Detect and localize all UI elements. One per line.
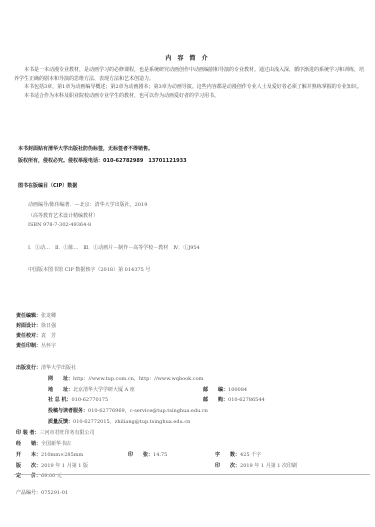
- sheets-label: 印 张：: [128, 452, 153, 458]
- credit-value: 丛怀宇: [41, 343, 56, 349]
- cip-record-number: 中国版本图书馆 CIP 数据核字（2018）第 014375 号: [28, 266, 150, 273]
- product-number-value: 075291-01: [41, 490, 68, 496]
- mail-order-row: 邮 购：010-62786544: [203, 386, 265, 405]
- mail-order-value: 010-62786544: [228, 397, 265, 403]
- cip-isbn: ISBN 978-7-302-49364-8: [28, 222, 91, 228]
- impression-value: 2019 年 1 月第 1 次印刷: [240, 463, 297, 469]
- product-number-label: 产品编号：: [16, 490, 41, 496]
- sheets-value: 14.75: [153, 452, 167, 458]
- intro-paragraph: 本书适合作为本科及职业院校动画专业学生的教材，也可以作为动画爱好者的学习用书。: [14, 92, 364, 101]
- content-intro-title: 内 容 简 介: [0, 53, 375, 62]
- credit-printing: 责任印制：丛怀宇: [16, 332, 56, 351]
- credit-label: 责任印制：: [16, 343, 41, 349]
- divider: [14, 474, 370, 475]
- impression-row: 印 次：2019 年 1 月第 1 次印刷: [215, 452, 297, 471]
- product-number-row: 产品编号：075291-01: [16, 479, 68, 498]
- content-intro-body: 本书是一本动漫专业教材，是动画学习的必修课程，也是系统研究动画创作中动画编剧和导…: [14, 66, 364, 100]
- intro-paragraph: 本书包括3章，第1章为动画编导概述；第2章为动画剧本；第3章为动画导演。这些内容…: [14, 83, 364, 92]
- cip-heading: 图书在版编目（CIP）数据: [18, 182, 77, 189]
- impression-label: 印 次：: [215, 463, 240, 469]
- cip-line: （高等教育艺术设计精编教材）: [28, 212, 98, 219]
- copyright-notice: 版权所有，侵权必究。侵权举报电话：010-62782989 1370112193…: [18, 157, 187, 164]
- anti-counterfeit-notice: 本书封面贴有清华大学出版社防伪标签，无标签者不得销售。: [18, 145, 153, 152]
- cip-classification: Ⅰ．①动… Ⅱ．①陈… Ⅲ．①动画片－制作－高等学校－教材 Ⅳ．①J954: [28, 244, 200, 251]
- intro-paragraph: 本书是一本动漫专业教材，是动画学习的必修课程，也是系统研究动画创作中动画编剧和导…: [14, 66, 364, 83]
- cip-line: 动画编导/陈伟编著．—北京：清华大学出版社，2019: [28, 201, 147, 208]
- publisher-label: 出版发行：: [16, 365, 41, 371]
- sheets-row: 印 张：14.75: [128, 441, 167, 460]
